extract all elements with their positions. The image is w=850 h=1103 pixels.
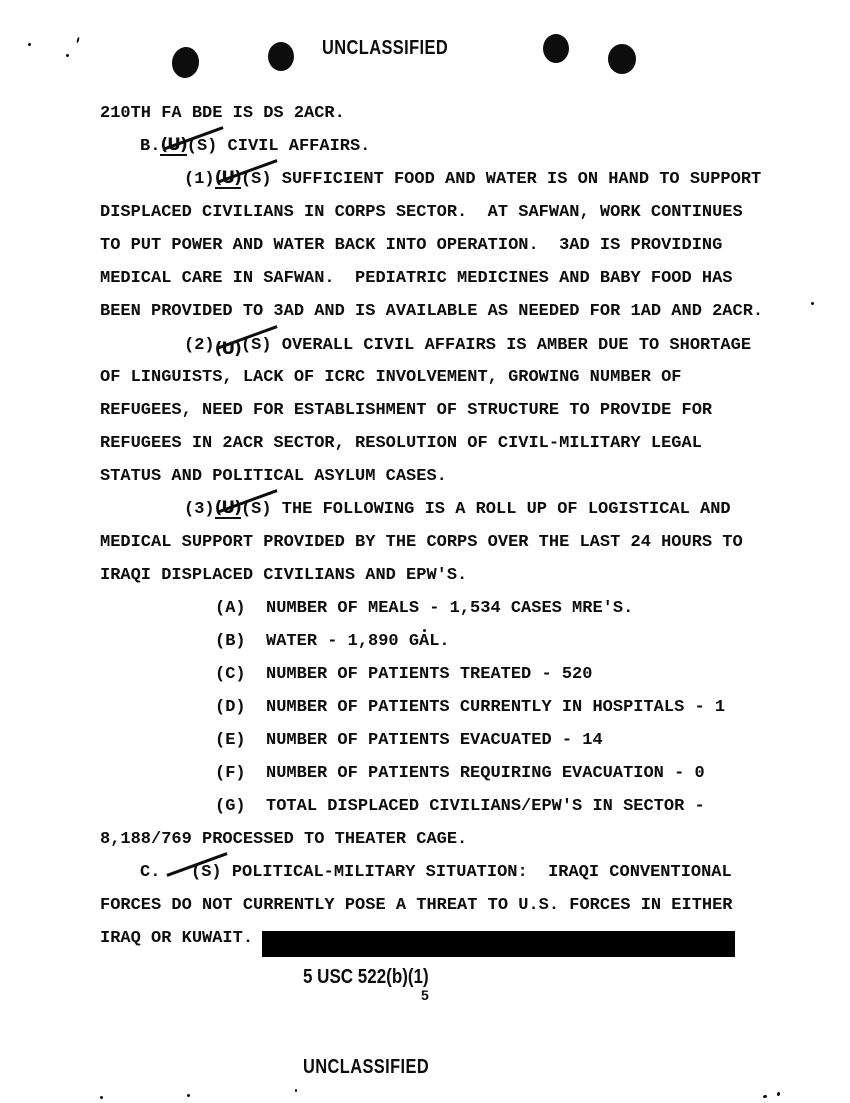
- document-text: REFUGEES, NEED FOR ESTABLISHMENT OF STRU…: [100, 401, 712, 420]
- document-text: C.: [140, 863, 191, 882]
- redaction-bar: [262, 931, 735, 957]
- document-line: (E) NUMBER OF PATIENTS EVACUATED - 14: [100, 724, 790, 757]
- document-text: REFUGEES IN 2ACR SECTOR, RESOLUTION OF C…: [100, 434, 702, 453]
- struck-classification-marking: (S): [241, 329, 272, 362]
- document-text: OF LINGUISTS, LACK OF ICRC INVOLVEMENT, …: [100, 368, 682, 387]
- document-text: SUFFICIENT FOOD AND WATER IS ON HAND TO …: [272, 170, 762, 189]
- paper-speck: [187, 1094, 190, 1097]
- footer-classification-banner: UNCLASSIFIED: [303, 1056, 429, 1079]
- document-line: (1)(U)(S) SUFFICIENT FOOD AND WATER IS O…: [100, 163, 790, 196]
- document-text: (B) WATER - 1,890 GAL.: [215, 632, 450, 651]
- scanned-document-page: UNCLASSIFIED 210TH FA BDE IS DS 2ACR.B.(…: [0, 0, 850, 1103]
- document-text: DISPLACED CIVILIANS IN CORPS SECTOR. AT …: [100, 203, 743, 222]
- paper-speck: [763, 1094, 768, 1098]
- struck-classification-marking: (S): [191, 856, 222, 889]
- document-line: REFUGEES, NEED FOR ESTABLISHMENT OF STRU…: [100, 394, 790, 427]
- document-text: POLITICAL-MILITARY SITUATION: IRAQI CONV…: [222, 863, 732, 882]
- document-line: (2)(U)(S) OVERALL CIVIL AFFAIRS IS AMBER…: [100, 328, 790, 361]
- document-line: MEDICAL CARE IN SAFWAN. PEDIATRIC MEDICI…: [100, 262, 790, 295]
- document-text: TO PUT POWER AND WATER BACK INTO OPERATI…: [100, 236, 722, 255]
- document-line: (C) NUMBER OF PATIENTS TREATED - 520: [100, 658, 790, 691]
- document-line: DISPLACED CIVILIANS IN CORPS SECTOR. AT …: [100, 196, 790, 229]
- struck-classification-marking: (S): [241, 163, 272, 196]
- document-text: FORCES DO NOT CURRENTLY POSE A THREAT TO…: [100, 896, 733, 915]
- paper-speck: [100, 1096, 103, 1099]
- document-text: (3): [184, 500, 215, 519]
- paper-speck: [423, 629, 426, 632]
- document-text: MEDICAL CARE IN SAFWAN. PEDIATRIC MEDICI…: [100, 269, 733, 288]
- document-text: (F) NUMBER OF PATIENTS REQUIRING EVACUAT…: [215, 764, 705, 783]
- document-line: REFUGEES IN 2ACR SECTOR, RESOLUTION OF C…: [100, 427, 790, 460]
- document-line: (D) NUMBER OF PATIENTS CURRENTLY IN HOSP…: [100, 691, 790, 724]
- document-text: THE FOLLOWING IS A ROLL UP OF LOGISTICAL…: [272, 500, 731, 519]
- document-text: (1): [184, 170, 215, 189]
- struck-classification-marking: (S): [241, 493, 272, 526]
- document-line: (B) WATER - 1,890 GAL.: [100, 625, 790, 658]
- document-text: BEEN PROVIDED TO 3AD AND IS AVAILABLE AS…: [100, 302, 763, 321]
- paper-speck: [295, 1089, 297, 1092]
- document-text: STATUS AND POLITICAL ASYLUM CASES.: [100, 467, 447, 486]
- document-line: FORCES DO NOT CURRENTLY POSE A THREAT TO…: [100, 889, 790, 922]
- paper-speck: [777, 1092, 781, 1097]
- paper-speck: [66, 54, 69, 57]
- document-line: 210TH FA BDE IS DS 2ACR.: [100, 97, 790, 130]
- document-body: 210TH FA BDE IS DS 2ACR.B.(U)(S) CIVIL A…: [100, 97, 790, 955]
- document-text: (D) NUMBER OF PATIENTS CURRENTLY IN HOSP…: [215, 698, 725, 717]
- document-text: 8,188/769 PROCESSED TO THEATER CAGE.: [100, 830, 467, 849]
- document-line: IRAQ OR KUWAIT.: [100, 922, 790, 955]
- document-line: MEDICAL SUPPORT PROVIDED BY THE CORPS OV…: [100, 526, 790, 559]
- document-text: (G) TOTAL DISPLACED CIVILIANS/EPW'S IN S…: [215, 797, 705, 816]
- document-text: IRAQI DISPLACED CIVILIANS AND EPW'S.: [100, 566, 467, 585]
- document-text: 210TH FA BDE IS DS 2ACR.: [100, 104, 345, 123]
- document-text: (C) NUMBER OF PATIENTS TREATED - 520: [215, 665, 592, 684]
- document-line: BEEN PROVIDED TO 3AD AND IS AVAILABLE AS…: [100, 295, 790, 328]
- document-line: B.(U)(S) CIVIL AFFAIRS.: [100, 130, 790, 163]
- document-line: OF LINGUISTS, LACK OF ICRC INVOLVEMENT, …: [100, 361, 790, 394]
- document-text: MEDICAL SUPPORT PROVIDED BY THE CORPS OV…: [100, 533, 743, 552]
- paper-speck: [811, 302, 814, 305]
- document-line: 8,188/769 PROCESSED TO THEATER CAGE.: [100, 823, 790, 856]
- document-text: IRAQ OR KUWAIT.: [100, 929, 253, 948]
- document-line: IRAQI DISPLACED CIVILIANS AND EPW'S.: [100, 559, 790, 592]
- document-line: (F) NUMBER OF PATIENTS REQUIRING EVACUAT…: [100, 757, 790, 790]
- handwritten-unclassified-marking: (U): [215, 333, 241, 366]
- document-text: (A) NUMBER OF MEALS - 1,534 CASES MRE'S.: [215, 599, 633, 618]
- document-line: (3)(U)(S) THE FOLLOWING IS A ROLL UP OF …: [100, 493, 790, 526]
- paper-speck: [28, 43, 31, 46]
- hole-punch-dot: [268, 42, 294, 71]
- header-classification-banner: UNCLASSIFIED: [322, 37, 448, 60]
- document-text: (E) NUMBER OF PATIENTS EVACUATED - 14: [215, 731, 603, 750]
- document-line: TO PUT POWER AND WATER BACK INTO OPERATI…: [100, 229, 790, 262]
- document-text: (2): [184, 336, 215, 355]
- hole-punch-dot: [608, 44, 636, 74]
- page-number: 5: [421, 987, 429, 1003]
- document-text: CIVIL AFFAIRS.: [217, 137, 370, 156]
- redaction-citation: 5 USC 522(b)(1): [303, 966, 429, 989]
- paper-speck: [76, 37, 79, 43]
- document-line: STATUS AND POLITICAL ASYLUM CASES.: [100, 460, 790, 493]
- document-line: (A) NUMBER OF MEALS - 1,534 CASES MRE'S.: [100, 592, 790, 625]
- document-text: OVERALL CIVIL AFFAIRS IS AMBER DUE TO SH…: [272, 336, 751, 355]
- document-text: B.: [140, 137, 160, 156]
- hole-punch-dot: [543, 34, 569, 63]
- document-line: (G) TOTAL DISPLACED CIVILIANS/EPW'S IN S…: [100, 790, 790, 823]
- struck-classification-marking: (S): [187, 130, 218, 163]
- document-line: C. (S) POLITICAL-MILITARY SITUATION: IRA…: [100, 856, 790, 889]
- hole-punch-dot: [170, 45, 201, 79]
